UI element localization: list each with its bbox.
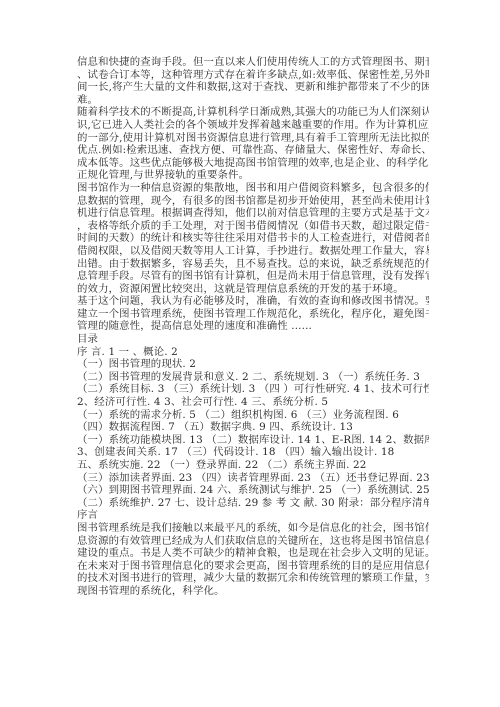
text-line: 优点.例如:检索迅速、查找方便、可靠性高、存储量大、保密性好、寿命长、 <box>77 144 429 157</box>
text-line: 的一部分,使用计算机对图书资源信息进行管理,具有着手工管理所无法比拟的 <box>77 132 429 145</box>
text-line: 息数据的管理，现今，有很多的图书馆都是初步开始使用，甚至尚未使用计算 <box>77 195 429 208</box>
text-line: 现图书管理的系统化，科学化。 <box>77 585 429 598</box>
text-line: （一）系统功能模块图. 13 （二）数据库设计. 14 1、E-R图. 14 2… <box>77 434 429 447</box>
text-line: 间一长,将产生大量的文件和数据,这对于查找、更新和维护都带来了不少的困 <box>77 81 429 94</box>
text-line: 3、创建表间关系. 17 （三）代码设计. 18 （四）输入输出设计. 18 <box>77 446 429 459</box>
text-line: 、试卷合订本等，这种管理方式存在着许多缺点,如:效率低、保密性差,另外时 <box>77 69 429 82</box>
text-line: 正规化管理,与世界接轨的重要条件。 <box>77 169 429 182</box>
text-line: 序言 <box>77 509 429 522</box>
text-line: （三）添加读者界面. 23 （四）读者管理界面. 23 （五）还书登记界面. 2… <box>77 472 429 485</box>
text-line: 图书管理系统是我们接触以来最平凡的系统，如今是信息化的社会，图书馆信 <box>77 522 429 535</box>
text-line: （六）到期图书管理界面. 24 六、系统测试与维护. 25 （一）系统测试. 2… <box>77 484 429 497</box>
text-line: 的技术对图书进行的管理，减少大量的数据冗余和传统管理的繁琐工作量，实 <box>77 572 429 585</box>
text-line: 建立一个图书管理系统，使图书管理工作规范化，系统化，程序化，避免图书 <box>77 308 429 321</box>
text-line: （四）数据流程图. 7 （五）数据字典. 9 四、系统设计. 13 <box>77 421 429 434</box>
text-line: （一）图书管理的现状. 2 <box>77 358 429 371</box>
text-line: 时间的天数）的统计和核实等往往采用对借书卡的人工检查进行，对借阅者的 <box>77 232 429 245</box>
text-line: 成本低等。这些优点能够极大地提高图书馆管理的效率,也是企业、的科学化、 <box>77 157 429 170</box>
text-line: （一）系统的需求分析. 5 （二）组织机构图. 6 （三）业务流程图. 6 <box>77 409 429 422</box>
text-line: 序 言. 1 一 、概论. 2 <box>77 346 429 359</box>
text-line: 随着科学技术的不断提高,计算机科学日渐成熟,其强大的功能已为人们深刻认 <box>77 106 429 119</box>
text-line: 息资源的有效管理已经成为人们获取信息的关键所在，这也将是图书馆信息化 <box>77 535 429 548</box>
text-line: 的效力，资源闲置比较突出，这就是管理信息系统的开发的基于环境。 <box>77 283 429 296</box>
text-line: （二）系统目标. 3 （三）系统计划. 3 （四 ）可行性研究. 4 1、技术可… <box>77 383 429 396</box>
text-line: 2、经济可行性. 4 3、社会可行性. 4 三、系统分析. 5 <box>77 396 429 409</box>
text-line: 息管理手段。尽管有的图书馆有计算机，但是尚未用于信息管理，没有发挥它 <box>77 270 429 283</box>
text-line: 难。 <box>77 94 429 107</box>
text-line: 出错。由于数据繁多，容易丢失，且不易查找。总的来说，缺乏系统规范的信 <box>77 258 429 271</box>
text-line: 建设的重点。书是人类不可缺少的精神食粮，也是现在社会步入文明的见证。 <box>77 547 429 560</box>
text-line: 识,它已进入人类社会的各个领域并发挥着越来越重要的作用。作为计算机应用 <box>77 119 429 132</box>
text-line: 管理的随意性，提高信息处理的速度和准确性 ...... <box>77 320 429 333</box>
text-line: 五、系统实施. 22 （一）登录界面. 22 （二）系统主界面. 22 <box>77 459 429 472</box>
text-line: 借阅权限，以及借阅天数等用人工计算，手抄进行。数据处理工作量大，容易 <box>77 245 429 258</box>
text-line: （二）图书管理的发展背景和意义. 2 二、系统规划. 3 （一）系统任务. 3 <box>77 371 429 384</box>
text-line: 图书馆作为一种信息资源的集散地，图书和用户借阅资料繁多，包含很多的信 <box>77 182 429 195</box>
text-line: 在未来对于图书管理信息化的要求会更高，图书管理系统的目的是应用信息化 <box>77 560 429 573</box>
text-line: 目录 <box>77 333 429 346</box>
text-line: 机进行信息管理。根据调查得知，他们以前对信息管理的主要方式是基于文本 <box>77 207 429 220</box>
text-line: 信息和快捷的查询手段。但一直以来人们使用传统人工的方式管理图书、期刊 <box>77 56 429 69</box>
text-line: （二）系统维护. 27 七、设计总结. 29 参 考 文 献. 30 附录：部分… <box>77 497 429 510</box>
text-line: ，表格等纸介质的手工处理，对于图书借阅情况（如借书天数，超过限定借书 <box>77 220 429 233</box>
text-line: 基于这个问题，我认为有必能够及时，准确，有效的查询和修改图书情况。要 <box>77 295 429 308</box>
document-page: 信息和快捷的查询手段。但一直以来人们使用传统人工的方式管理图书、期刊、试卷合订本… <box>77 56 429 598</box>
